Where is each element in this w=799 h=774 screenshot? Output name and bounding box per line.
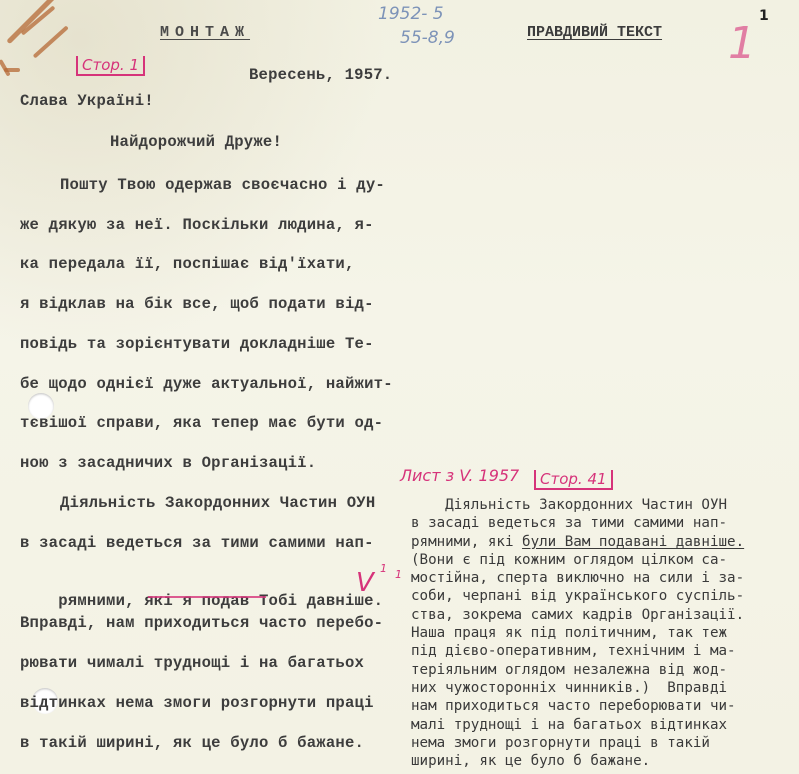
left-line-end: . — [374, 592, 384, 610]
left-line: повідь та зорієнтувати докладніше Те- — [20, 335, 374, 353]
right-line: Наша праця як під політичним, так теж — [411, 624, 744, 642]
left-line: Вправді, нам приходиться часто перебо- — [20, 614, 383, 632]
right-column-text: Діяльність Закордонних Частин ОУН в заса… — [411, 496, 744, 770]
left-line: ка передала її, поспішає від'їхати, — [20, 255, 355, 273]
right-line-with-underline: рямними, які були Вам подавані давніше. — [411, 533, 744, 551]
left-line: в засаді ведеться за тими самими нап- — [20, 534, 374, 552]
page-number: 1 — [759, 8, 769, 24]
left-line: я відклав на бік все, щоб подати від- — [20, 295, 374, 313]
right-line: малі труднощі і на багатьох відтинках — [411, 716, 744, 734]
right-line: ства, зокрема самих кадрів Організації. — [411, 606, 744, 624]
left-line: бе щодо однієї дуже актуальної, найжит- — [20, 375, 393, 393]
page-ref-right: Стор. 41 — [534, 470, 613, 490]
letter-date: Вересень, 1957. — [249, 66, 392, 84]
left-line-start: рямними, які — [58, 592, 182, 610]
right-line: нам приходиться часто переборювати чи- — [411, 697, 744, 715]
left-line: же дякую за неї. Поскільки людина, я- — [20, 216, 374, 234]
letter-greeting: Слава Україні! — [20, 92, 154, 110]
pink-check-mark: V — [356, 568, 374, 598]
pink-footnote-marker-right: 1 — [395, 568, 402, 581]
right-line: них чужосторонніх чинників.) Вправді — [411, 679, 744, 697]
right-line: ширині, як це було б бажане. — [411, 752, 744, 770]
document-page: 1952- 5 55-8,9 МОНТАЖ ПРАВДИВИЙ ТЕКСТ 1 … — [0, 0, 799, 774]
left-line: Діяльність Закордонних Частин ОУН — [60, 494, 375, 512]
pink-source-note: Лист з V. 1957 — [400, 466, 519, 485]
left-line: в такій ширині, як це було б бажане. — [20, 734, 364, 752]
left-line: Пошту Твою одержав своєчасно і ду- — [60, 176, 385, 194]
pencil-annotation-1: 1952- 5 — [378, 4, 444, 24]
right-line-start: рямними, які — [411, 534, 522, 550]
underlined-phrase: були Вам подавані давніше. — [522, 534, 744, 550]
left-line: ною з засадничих в Організації. — [20, 454, 316, 472]
pencil-annotation-2: 55-8,9 — [400, 28, 455, 48]
right-line: мостійна, сперта виключно на сили і за- — [411, 569, 744, 587]
right-line: (Вони є під кожним оглядом цілком са- — [411, 551, 744, 569]
right-line: в засаді ведеться за тими самими нап- — [411, 514, 744, 532]
left-line: тєвішої справи, яка тепер має бути од- — [20, 414, 383, 432]
right-line: нема змоги розгорнути праці в такій — [411, 734, 744, 752]
stain-mark — [4, 68, 20, 72]
left-line: рювати чималі труднощі і на багатьох — [20, 654, 364, 672]
right-line: теріяльним оглядом незалежна від жод- — [411, 661, 744, 679]
letter-salutation: Найдорожчий Друже! — [110, 133, 282, 151]
page-ref-left: Стор. 1 — [76, 56, 145, 76]
pink-underline — [148, 596, 266, 598]
right-line: соби, черпані від українського суспіль- — [411, 587, 744, 605]
stain-mark — [33, 25, 69, 58]
right-line: під дієво-оперативним, технічним і ма- — [411, 642, 744, 660]
left-line: відтинках нема змоги розгорнути праці — [20, 694, 374, 712]
pink-big-numeral: 1 — [728, 18, 756, 69]
right-line: Діяльність Закордонних Частин ОУН — [411, 496, 744, 514]
pink-footnote-marker: 1 — [380, 562, 387, 575]
left-heading: МОНТАЖ — [160, 24, 250, 41]
highlighted-phrase: я подав Тобі давніше — [183, 592, 374, 610]
right-heading: ПРАВДИВИЙ ТЕКСТ — [527, 24, 662, 41]
